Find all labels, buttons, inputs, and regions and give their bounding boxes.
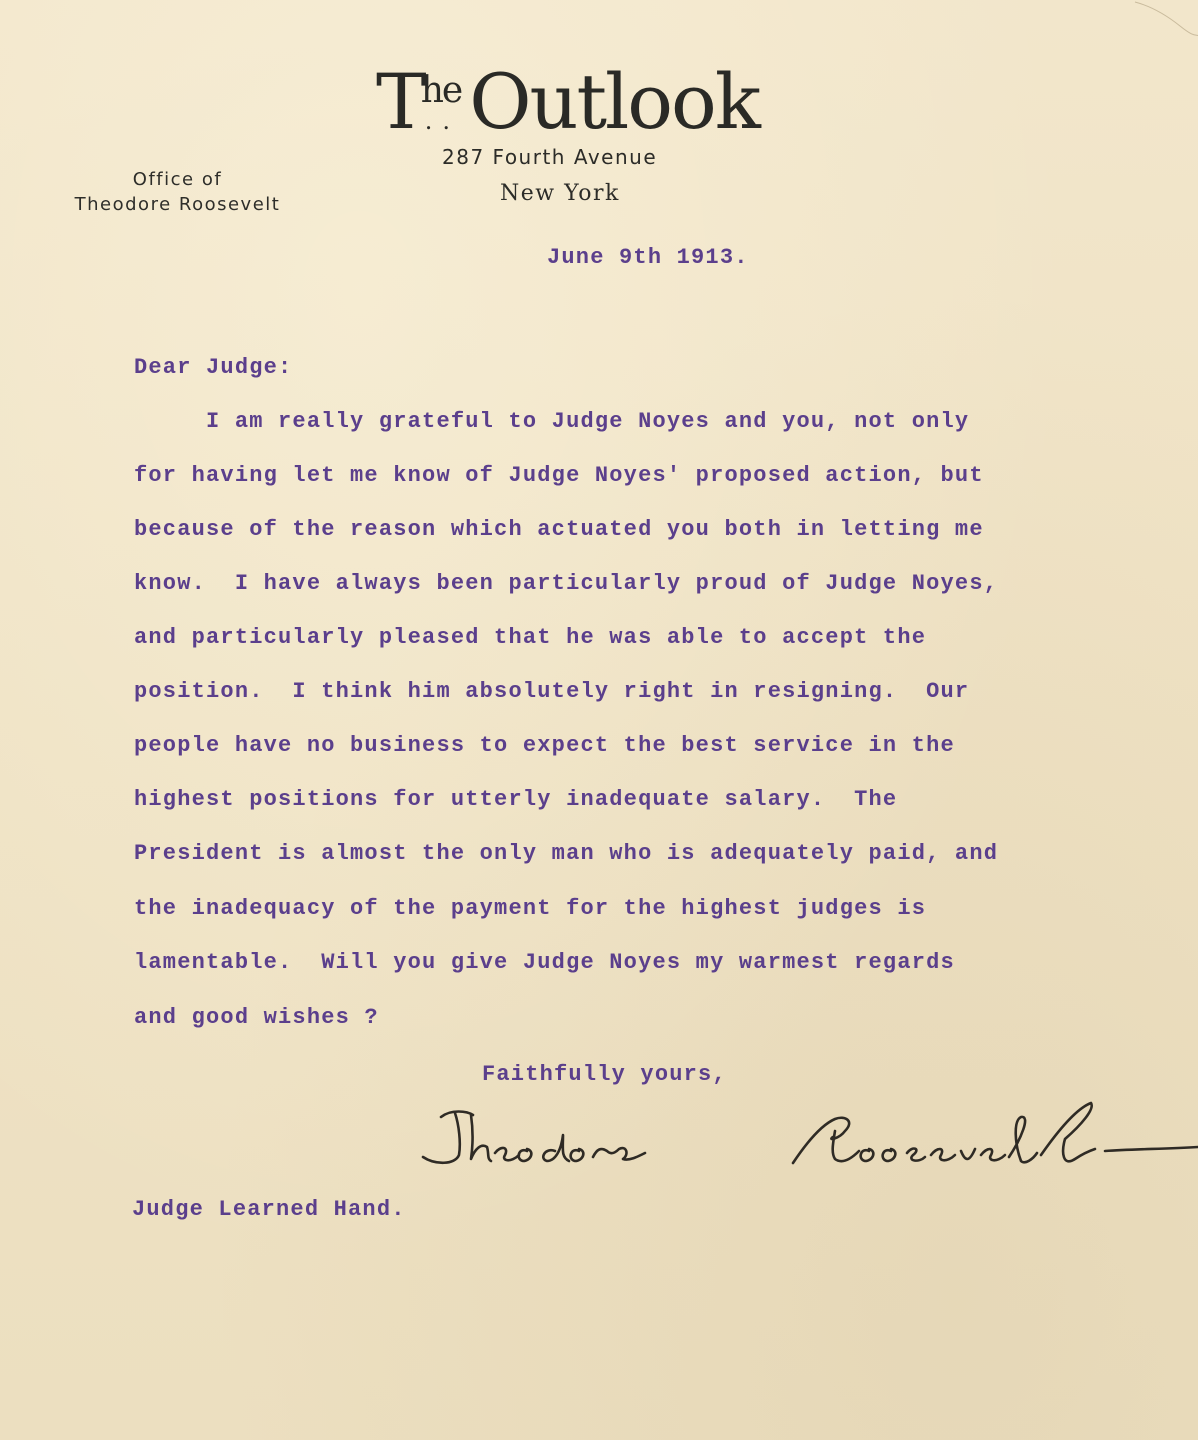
body-line: and good wishes ? <box>134 1005 379 1030</box>
body-line: the inadequacy of the payment for the hi… <box>134 896 926 921</box>
letter-closing: Faithfully yours, <box>482 1062 727 1087</box>
body-line: for having let me know of Judge Noyes' p… <box>134 463 984 488</box>
office-line-1: Office of <box>40 167 315 192</box>
letterhead-title-outlook: Outlook <box>469 57 759 146</box>
letter-salutation: Dear Judge: <box>134 355 292 380</box>
body-line: I am really grateful to Judge Noyes and … <box>134 409 969 434</box>
paper-crease <box>1130 0 1198 40</box>
body-line: highest positions for utterly inadequate… <box>134 787 897 812</box>
letterhead-title-he: he.. <box>421 51 462 131</box>
body-line: people have no business to expect the be… <box>134 733 955 758</box>
letterhead-address-city: New York <box>500 181 620 206</box>
body-line: position. I think him absolutely right i… <box>134 679 969 704</box>
letterhead-title: The..Outlook <box>376 62 759 157</box>
letterhead-title-t: T <box>376 57 425 146</box>
letter-recipient: Judge Learned Hand. <box>132 1197 406 1222</box>
body-line: lamentable. Will you give Judge Noyes my… <box>134 950 955 975</box>
letterhead-address-street: 287 Fourth Avenue <box>442 145 657 169</box>
body-line: because of the reason which actuated you… <box>134 517 984 542</box>
letterhead-office: Office of Theodore Roosevelt <box>40 167 315 217</box>
letter-date: June 9th 1913. <box>547 245 749 270</box>
office-line-2: Theodore Roosevelt <box>40 192 315 217</box>
body-line: and particularly pleased that he was abl… <box>134 625 926 650</box>
body-line: President is almost the only man who is … <box>134 841 998 866</box>
body-line: know. I have always been particularly pr… <box>134 571 998 596</box>
handwritten-signature: Theodore Roosevelt <box>415 1095 1198 1185</box>
